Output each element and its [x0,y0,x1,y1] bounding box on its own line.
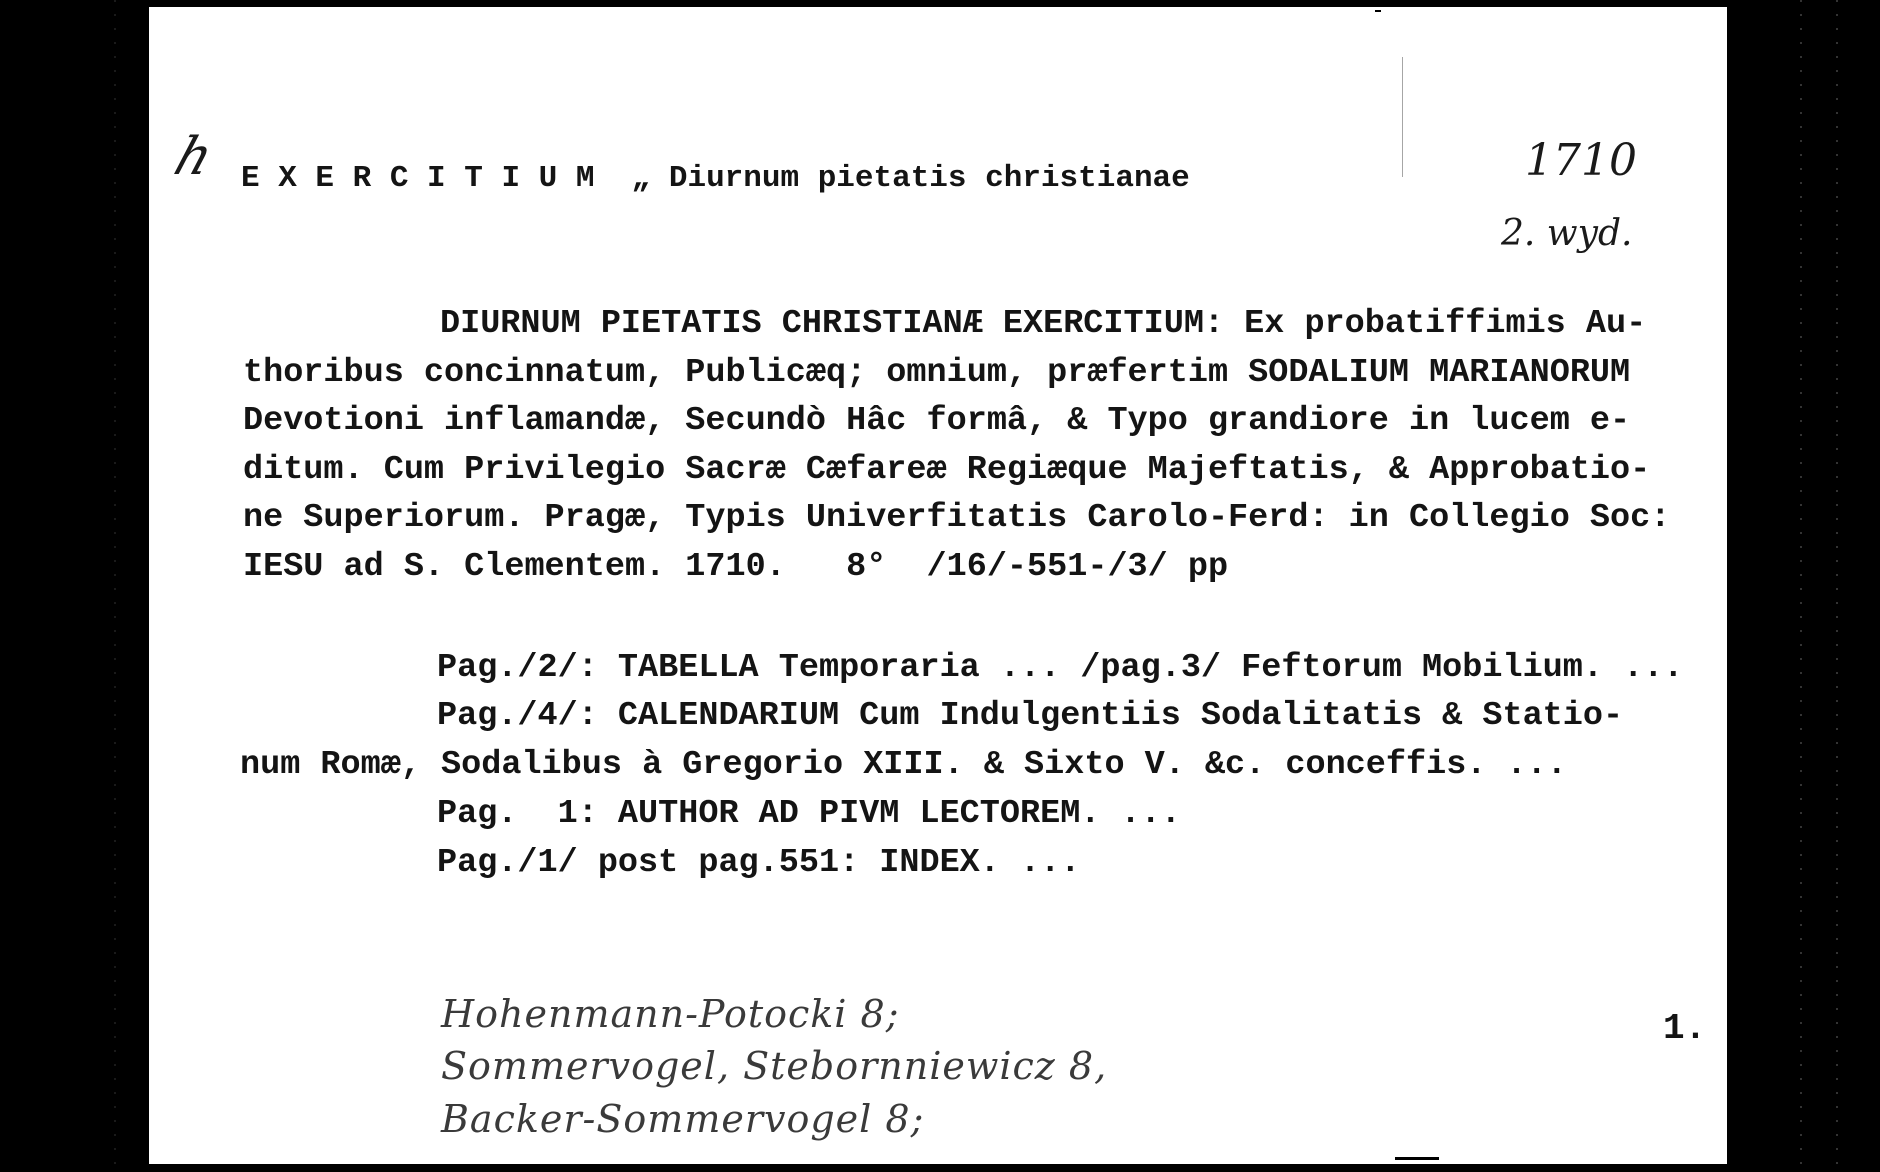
handwritten-reference: Sommervogel, Stebornniewicz 8, [441,1044,1107,1088]
handwritten-year-note: 1710 [1525,135,1637,186]
scan-mark [1375,10,1381,12]
handwritten-reference: Backer-Sommervogel 8; [441,1097,924,1141]
description-line: Devotioni inflamandæ, Secundò Hâc formâ,… [243,405,1630,439]
contents-line: num Romæ, Sodalibus à Gregorio XIII. & S… [240,749,1567,783]
handwritten-reference: Hohenmann-Potocki 8; [441,992,900,1036]
scan-edge-strip [1800,0,1802,1172]
card-heading: E X E R C I T I U M „ Diurnum pietatis c… [241,163,1190,194]
catalog-card: h E X E R C I T I U M „ Diurnum pietatis… [149,7,1727,1164]
contents-line: Pag./1/ post pag.551: INDEX. ... [437,847,1080,881]
scan-edge-strip [1836,0,1838,1172]
contents-line: Pag. 1: AUTHOR AD PIVM LECTOREM. ... [437,798,1181,832]
description-line: thoribus concinnatum, Publicæq; omnium, … [243,357,1630,391]
contents-line: Pag./2/: TABELLA Temporaria ... /pag.3/ … [437,652,1683,686]
scan-mark [1395,1157,1439,1160]
card-number: 1. [1663,1011,1706,1047]
scan-mark [1402,57,1403,177]
description-line: ditum. Cum Privilegio Sacræ Cæfareæ Regi… [243,454,1650,488]
description-line: IESU ad S. Clementem. 1710. 8° /16/-551-… [243,551,1228,585]
handwritten-edition-note: 2. wyd. [1501,213,1632,254]
handwritten-initial: h [167,127,220,187]
description-line: DIURNUM PIETATIS CHRISTIANÆ EXERCITIUM: … [440,308,1646,342]
contents-line: Pag./4/: CALENDARIUM Cum Indulgentiis So… [437,700,1623,734]
scan-edge-strip [114,0,116,1172]
description-line: ne Superiorum. Pragæ, Typis Univerfitati… [243,502,1670,536]
